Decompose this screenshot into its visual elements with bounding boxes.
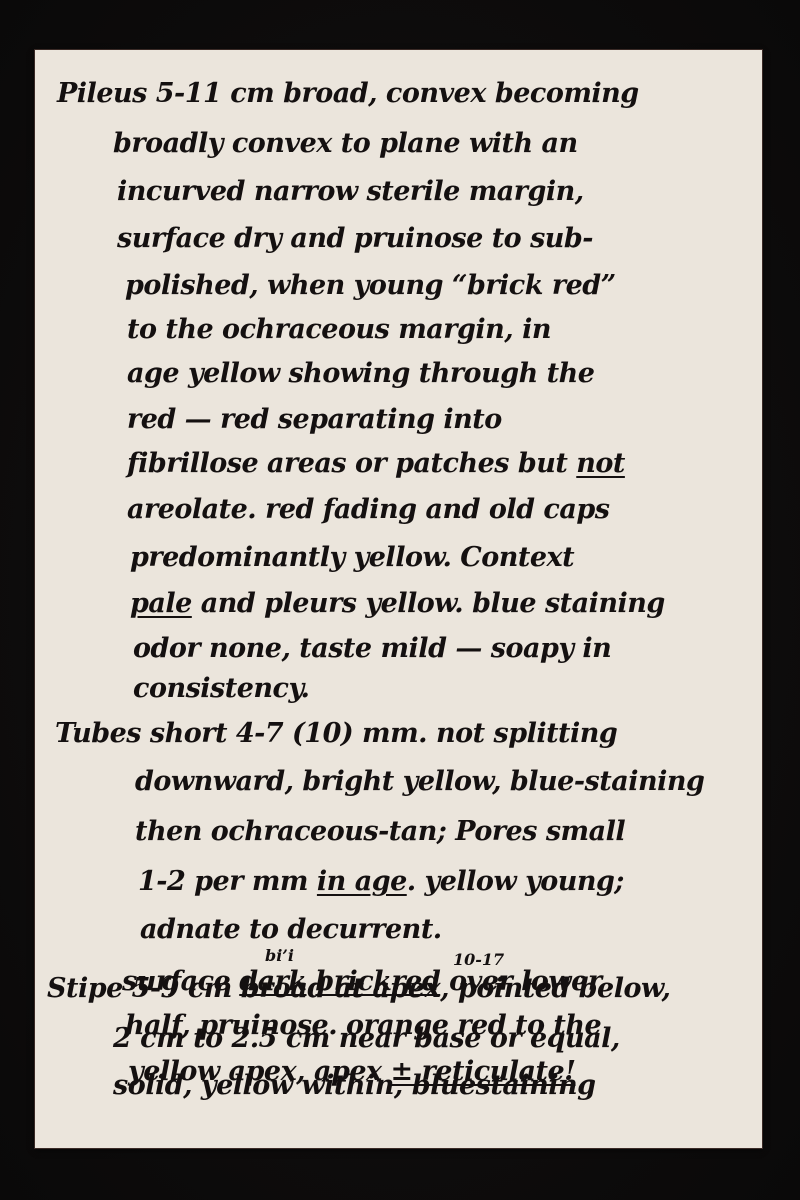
pileus-line-9-text: fibrillose areas or patches but [127, 448, 567, 479]
tubes-line-5: adnate to decurrent. [140, 916, 442, 943]
underlined-in-age: in age [317, 866, 407, 897]
underlined-brick: brick [315, 966, 391, 997]
pileus-line-5: polished, when young “brick red” [125, 272, 616, 299]
pileus-line-14: consistency. [133, 675, 309, 702]
pileus-line-10: areolate. red fading and old caps [127, 496, 609, 523]
tubes-line-2: downward, bright yellow, blue-staining [135, 768, 704, 795]
stipe-line-4-text: surface [122, 966, 230, 997]
tubes-line-4-tail: . yellow young; [407, 866, 624, 897]
pileus-line-7: age yellow showing through the [127, 360, 594, 387]
pileus-line-1: Pileus 5-11 cm broad, convex becoming [57, 80, 639, 107]
tubes-line-3: then ochraceous-tan; Pores small [135, 818, 625, 845]
underlined-red: red [391, 966, 440, 997]
stipe-line-4-tail: over lower [449, 966, 601, 997]
underlined-not: not [576, 448, 625, 479]
tubes-line-4: 1-2 per mm in age. yellow young; [138, 868, 624, 895]
stipe-line-6-text: yellow apex, apex [128, 1056, 382, 1087]
underlined-dark: dark [239, 966, 306, 997]
tubes-line-1: Tubes short 4-7 (10) mm. not splitting [55, 720, 617, 747]
pileus-line-8: red — red separating into [127, 406, 502, 433]
pileus-line-13: odor none, taste mild — soapy in [133, 635, 611, 662]
pileus-line-4: surface dry and pruinose to sub- [117, 225, 593, 252]
pileus-line-6: to the ochraceous margin, in [127, 316, 551, 343]
stipe-line-5: half, pruinose. orange red to the [125, 1012, 601, 1039]
pileus-line-12-text: and pleurs yellow. blue staining [201, 588, 665, 619]
underlined-pale: pale [130, 588, 192, 619]
stipe-line-4: surface dark brickred over lower [122, 968, 602, 995]
pileus-line-3: incurved narrow sterile margin, [117, 178, 584, 205]
pileus-line-12: pale and pleurs yellow. blue staining [130, 590, 665, 617]
tubes-line-4-text: 1-2 per mm [138, 866, 308, 897]
pileus-line-9: fibrillose areas or patches but not [127, 450, 625, 477]
underlined-reticulate: ± reticulate! [391, 1056, 576, 1087]
stipe-line-6: yellow apex, apex ± reticulate! [128, 1058, 576, 1085]
stipe-superscript-left: bi’i [265, 948, 294, 964]
pileus-line-2: broadly convex to plane with an [113, 130, 578, 157]
pileus-line-11: predominantly yellow. Context [130, 544, 574, 571]
